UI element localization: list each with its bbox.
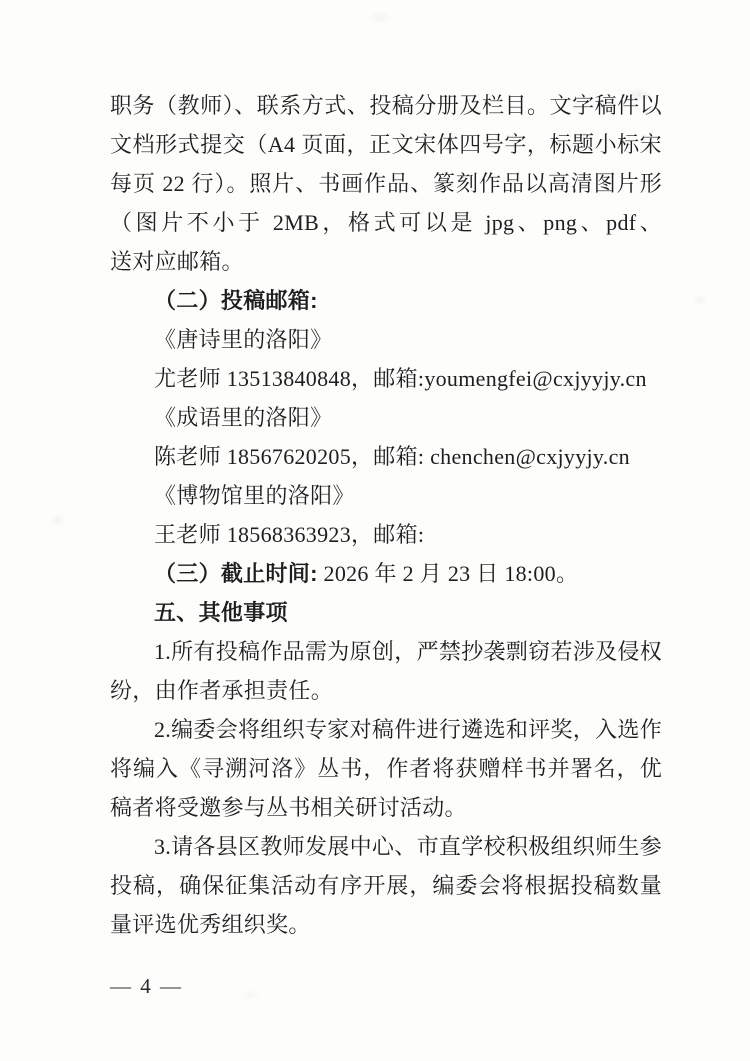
text-span: 《成语里的洛阳》 [154, 405, 332, 430]
text-line: 1.所有投稿作品需为原创，严禁抄袭剽窃若涉及侵权纠 [110, 632, 662, 671]
text-span: 陈老师 18567620205，邮箱: chenchen@cxjyyjy.cn [154, 444, 630, 469]
text-span: 送对应邮箱。 [110, 249, 244, 274]
page-content: 职务（教师）、联系方式、投稿分册及栏目。文字稿件以 Word文档形式提交（A4 … [110, 86, 662, 944]
text-span: 2026 年 2 月 23 日 18:00。 [318, 561, 579, 586]
text-line: 王老师 18568363923，邮箱: wangshaokui@cxjyyjy.… [110, 515, 662, 554]
text-span: 稿者将受邀参与丛书相关研讨活动。 [110, 795, 467, 820]
text-span: 《唐诗里的洛阳》 [154, 327, 332, 352]
text-line: 尤老师 13513840848，邮箱:youmengfei@cxjyyjy.cn [110, 359, 662, 398]
bold-text: 五、其他事项 [154, 600, 288, 625]
text-line: （三）截止时间: 2026 年 2 月 23 日 18:00。 [110, 554, 662, 593]
text-line: 五、其他事项 [110, 593, 662, 632]
text-span: 文档形式提交（A4 页面，正文宋体四号字，标题小标宋二号， [110, 132, 662, 164]
text-span: 2.编委会将组织专家对稿件进行遴选和评奖，入选作品 [154, 717, 662, 749]
document-page: 职务（教师）、联系方式、投稿分册及栏目。文字稿件以 Word文档形式提交（A4 … [0, 0, 750, 1061]
text-span: 职务（教师）、联系方式、投稿分册及栏目。文字稿件以 Word [110, 93, 662, 125]
text-line: 每页 22 行）。照片、书画作品、篆刻作品以高清图片形式 [110, 164, 662, 203]
text-line: 将编入《寻溯河洛》丛书，作者将获赠样书并署名，优秀投 [110, 749, 662, 788]
text-line: 投稿，确保征集活动有序开展，编委会将根据投稿数量及质 [110, 866, 662, 905]
text-span: 王老师 18568363923，邮箱: wangshaokui@cxjyyjy.… [154, 522, 424, 554]
text-span: 将编入《寻溯河洛》丛书，作者将获赠样书并署名，优秀投 [110, 756, 662, 788]
text-line: 2.编委会将组织专家对稿件进行遴选和评奖，入选作品 [110, 710, 662, 749]
text-span: 每页 22 行）。照片、书画作品、篆刻作品以高清图片形式 [110, 171, 662, 203]
text-line: 《成语里的洛阳》 [110, 398, 662, 437]
text-line: 送对应邮箱。 [110, 242, 662, 281]
text-line: 3.请各县区教师发展中心、市直学校积极组织师生参与 [110, 827, 662, 866]
text-line: 陈老师 18567620205，邮箱: chenchen@cxjyyjy.cn [110, 437, 662, 476]
text-line: （二）投稿邮箱: [110, 281, 662, 320]
text-line: 稿者将受邀参与丛书相关研讨活动。 [110, 788, 662, 827]
text-line: 文档形式提交（A4 页面，正文宋体四号字，标题小标宋二号， [110, 125, 662, 164]
text-span: 纷，由作者承担责任。 [110, 678, 333, 703]
text-span: 1.所有投稿作品需为原创，严禁抄袭剽窃若涉及侵权纠 [154, 639, 662, 671]
text-line: 职务（教师）、联系方式、投稿分册及栏目。文字稿件以 Word [110, 86, 662, 125]
text-span: 尤老师 13513840848，邮箱:youmengfei@cxjyyjy.cn [154, 366, 647, 391]
text-span: （图片不小于 2MB，格式可以是 jpg、png、pdf、bmp），投 [110, 210, 662, 242]
bold-text: （二）投稿邮箱: [154, 288, 318, 313]
bold-text: （三）截止时间: [154, 561, 318, 586]
text-line: 纷，由作者承担责任。 [110, 671, 662, 710]
text-line: 量评选优秀组织奖。 [110, 905, 662, 944]
text-line: 《唐诗里的洛阳》 [110, 320, 662, 359]
text-span: 3.请各县区教师发展中心、市直学校积极组织师生参与 [154, 834, 662, 866]
text-span: 《博物馆里的洛阳》 [154, 483, 355, 508]
text-span: 投稿，确保征集活动有序开展，编委会将根据投稿数量及质 [110, 873, 662, 905]
text-line: 《博物馆里的洛阳》 [110, 476, 662, 515]
text-span: 量评选优秀组织奖。 [110, 912, 311, 937]
text-line: （图片不小于 2MB，格式可以是 jpg、png、pdf、bmp），投 [110, 203, 662, 242]
page-number: — 4 — [110, 974, 183, 999]
